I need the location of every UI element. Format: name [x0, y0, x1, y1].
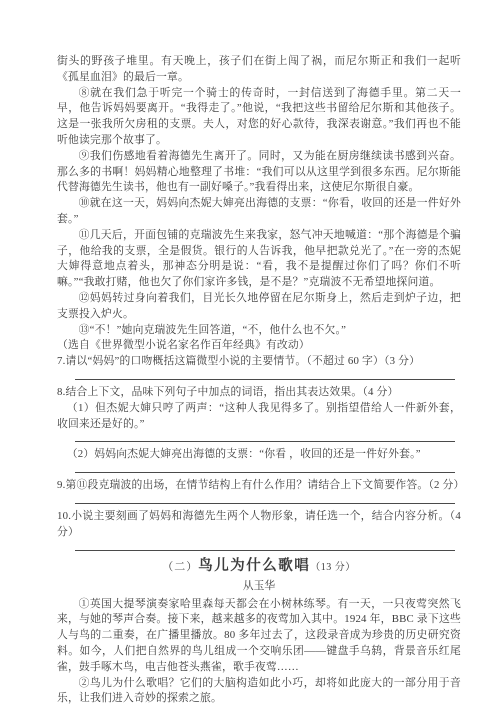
answer-line: [75, 550, 455, 551]
section-2-header: （二）鸟儿为什么歌唱（13 分）: [57, 556, 461, 577]
question-9: 9.第⑪段克瑞波的出场，在情节结构上有什么作用？请结合上下文简要作答。（2 分）: [57, 478, 461, 494]
section-2-points: （13 分）: [310, 562, 356, 573]
story-paragraph-12: ⑫妈妈转过身向着我们，目光长久地停留在尼尔斯身上，然后走到炉子边，把支票投入炉火…: [57, 291, 461, 323]
exam-page: 街头的野孩子堆里。有天晚上，孩子们在街上闯了祸，而尼尔斯正和我们一起听《孤星血泪…: [0, 0, 500, 707]
story-tail-paragraph: 街头的野孩子堆里。有天晚上，孩子们在街上闯了祸，而尼尔斯正和我们一起听《孤星血泪…: [57, 54, 461, 86]
question-8-item-1: （1）但杰妮大婶只哼了两声：“这种人我见得多了。别指望借给人一件新外套，收回来还…: [57, 401, 461, 433]
section-2-title: 鸟儿为什么歌唱: [198, 558, 310, 574]
answer-line: [75, 472, 455, 473]
story-paragraph-11: ⑪几天后，开面包铺的克瑞波先生来我家，怒气冲天地喊道：“那个海德是个骗子，他给我…: [57, 228, 461, 291]
question-8-item-2: （2）妈妈向杰妮大婶亮出海德的支票：“你看 ，收回的还是一件好外套。”: [57, 447, 461, 463]
section-2-paragraph-2: ②鸟儿为什么歌唱？它们的大脑构造如此小巧，却将如此庞大的一部分用于音乐，让我们进…: [57, 676, 461, 707]
section-2-author: 从玉华: [57, 579, 461, 594]
story-paragraph-10: ⑩就在这一天，妈妈向杰妮大婶亮出海德的支票：“你看，收回的还是一件好外套。”: [57, 196, 461, 228]
story-paragraph-9: ⑨我们伤感地看着海德先生离开了。同时，又为能在厨房继续读书感到兴奋。那么多的书啊…: [57, 149, 461, 196]
question-10: 10.小说主要刻画了妈妈和海德先生两个人物形象，请任选一个，结合内容分析。（4 …: [57, 509, 461, 541]
section-2-paragraph-1: ①英国大提琴演奏家哈里森每天都会在小树林练琴。有一天，一只夜莺突然飞来，与她的琴…: [57, 597, 461, 676]
story-paragraph-13: ⑬“不！”她向克瑞波先生回答道，“不，他什么也不欠。”: [57, 323, 461, 339]
question-8: 8.结合上下文，品味下列句子中加点的词语，指出其表达效果。（4 分）: [57, 385, 461, 401]
question-7: 7.请以“妈妈”的口吻概括这篇微型小说的主要情节。（不超过 60 字）（3 分）: [57, 354, 461, 370]
answer-line: [75, 503, 455, 504]
section-2-number: （二）: [162, 561, 198, 573]
answer-line: [75, 379, 455, 380]
answer-line: [75, 441, 455, 442]
story-paragraph-8: ⑧就在我们急于听完一个骑士的传奇时，一封信送到了海德手里。第二天一早，他告诉妈妈…: [57, 86, 461, 149]
source-attribution: （选自《世界微型小说名家名作百年经典》有改动）: [57, 338, 461, 354]
